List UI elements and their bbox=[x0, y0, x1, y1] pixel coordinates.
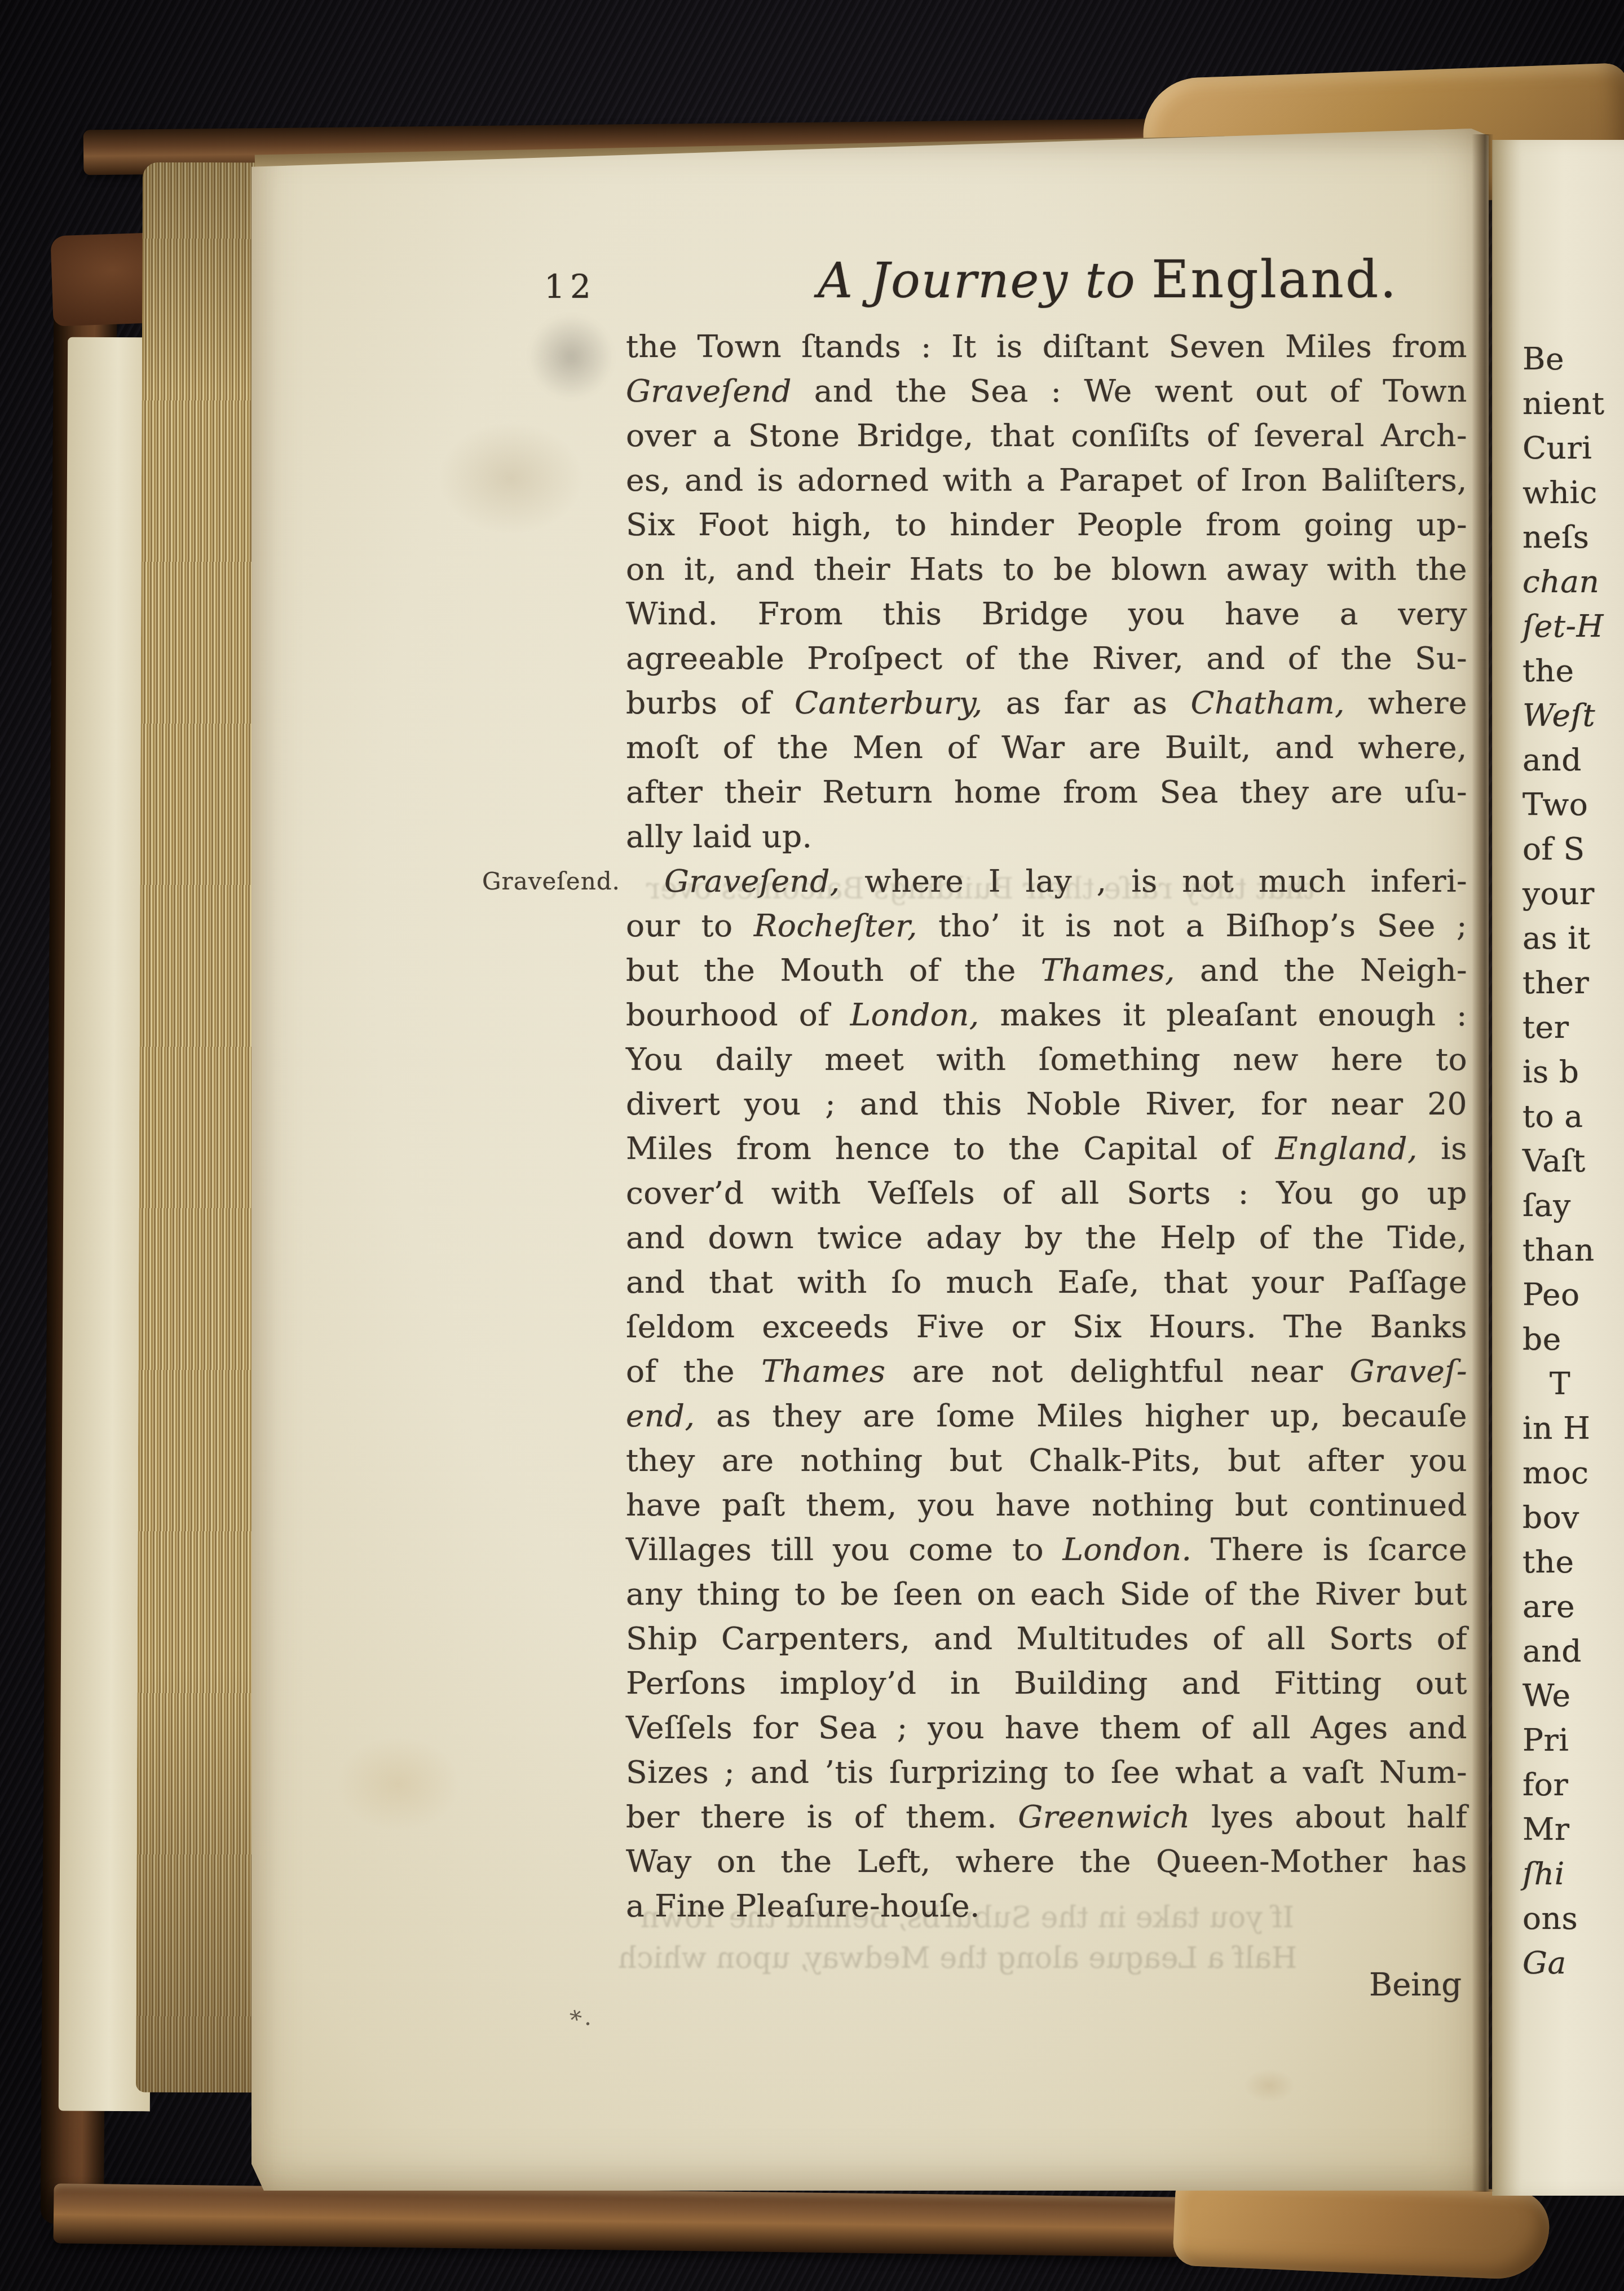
text-line: bourhoodofLondon,makesitpleaſantenough: bbox=[626, 993, 1467, 1037]
sliver-fragment: Two bbox=[1522, 782, 1605, 827]
text-line: cover’dwithVeſſelsofallSorts:Yougoup bbox=[626, 1171, 1467, 1215]
sliver-fragment: T bbox=[1522, 1362, 1605, 1406]
sliver-fragment: be bbox=[1522, 1317, 1605, 1362]
text-line: berthereisofthem.Greenwichlyesabouthalf bbox=[626, 1795, 1467, 1839]
running-header-italic: A Journey to bbox=[818, 253, 1136, 309]
sliver-fragment: Weſt bbox=[1522, 693, 1605, 738]
sliver-fragment: and bbox=[1522, 738, 1605, 782]
sliver-fragment: in H bbox=[1522, 1406, 1605, 1451]
sliver-fragment: We bbox=[1522, 1673, 1605, 1718]
text-line: moſtoftheMenofWarareBuilt,andwhere, bbox=[626, 725, 1467, 770]
sliver-fragment: Mr bbox=[1522, 1807, 1605, 1852]
ink-mark: *. bbox=[568, 2003, 593, 2034]
text-line: theTownſtands:ItisdiſtantSevenMilesfrom bbox=[626, 324, 1467, 369]
show-through-text: Half a League along the Medway, upon whi… bbox=[618, 1941, 1297, 1975]
text-line: oftheThamesarenotdelightfulnearGraveſ- bbox=[626, 1349, 1467, 1394]
text-line: GraveſendandtheSea:WewentoutofTown bbox=[626, 369, 1467, 413]
text-line: es,andisadornedwithaParapetofIronBaliſte… bbox=[626, 458, 1467, 503]
text-line: anddowntwiceadaybytheHelpoftheTide, bbox=[626, 1215, 1467, 1260]
text-line: onit,andtheirHatstobeblownawaywiththe bbox=[626, 547, 1467, 592]
page-stack-fore-edge bbox=[136, 162, 259, 2093]
text-line: SixFoothigh,tohinderPeoplefromgoingup- bbox=[626, 503, 1467, 547]
text-line: theyarenothingbutChalk-Pits,butafteryou bbox=[626, 1438, 1467, 1483]
sliver-fragment: than bbox=[1522, 1228, 1605, 1272]
sliver-fragment: ſay bbox=[1522, 1183, 1605, 1228]
sliver-fragment: ſet-H bbox=[1522, 604, 1605, 649]
paper-stain bbox=[1244, 2069, 1295, 2103]
text-line: VillagestillyoucometoLondon.Thereisſcarc… bbox=[626, 1527, 1467, 1572]
running-header: A Journey to England. bbox=[818, 246, 1348, 315]
text-line: andthatwithſomuchEaſe,thatyourPaſſage bbox=[626, 1260, 1467, 1305]
sliver-fragment: Ga bbox=[1522, 1941, 1605, 1985]
paper-stain bbox=[336, 1736, 460, 1832]
photograph-stage: BenientCuriwhicneſschanſet-HtheWeſtandTw… bbox=[0, 0, 1624, 2291]
text-line: divertyou;andthisNobleRiver,fornear20 bbox=[626, 1082, 1467, 1126]
text-line: MilesfromhencetotheCapitalofEngland,is bbox=[626, 1126, 1467, 1171]
catchword: Being bbox=[1369, 1963, 1462, 2007]
text-line: ourtoRocheſter,tho’itisnotaBiſhop’sSee; bbox=[626, 904, 1467, 948]
sliver-fragment: of S bbox=[1522, 827, 1605, 871]
sliver-fragment: ter bbox=[1522, 1005, 1605, 1050]
text-line: agreeableProſpectoftheRiver,andoftheSu- bbox=[626, 636, 1467, 681]
text-line: anythingtobeſeenoneachSideoftheRiverbut bbox=[626, 1572, 1467, 1616]
text-line: VeſſelsforSea;youhavethemofallAgesand bbox=[626, 1706, 1467, 1750]
sliver-fragment: for bbox=[1522, 1763, 1605, 1807]
sliver-fragment: Pri bbox=[1522, 1718, 1605, 1763]
sliver-fragment: neſs bbox=[1522, 515, 1605, 559]
sliver-fragment: bov bbox=[1522, 1495, 1605, 1540]
sliver-fragment: Peo bbox=[1522, 1272, 1605, 1317]
sliver-fragment: to a bbox=[1522, 1094, 1605, 1139]
sliver-fragment: your bbox=[1522, 871, 1605, 916]
body-text: theTownſtands:ItisdiſtantSevenMilesfromG… bbox=[626, 324, 1467, 1928]
sliver-fragment: ther bbox=[1522, 961, 1605, 1005]
paper-stain bbox=[438, 422, 584, 535]
running-header-roman: England. bbox=[1151, 250, 1398, 310]
text-line: Sizes;and’tisſurprizingtoſeewhatavaſtNum… bbox=[626, 1750, 1467, 1795]
margin-note: Graveſend. bbox=[482, 859, 623, 904]
sliver-fragment: nient bbox=[1522, 381, 1605, 426]
ink-smudge bbox=[529, 315, 614, 399]
text-line: ally laid up. bbox=[626, 814, 1467, 859]
text-line: overaStoneBridge,thatconſiſtsofſeveralAr… bbox=[626, 413, 1467, 458]
sliver-fragment: Vaſt bbox=[1522, 1139, 1605, 1183]
sliver-fragment: as it bbox=[1522, 916, 1605, 961]
text-line: burbsofCanterbury,asfarasChatham,where bbox=[626, 681, 1467, 725]
next-page-sliver: BenientCuriwhicneſschanſet-HtheWeſtandTw… bbox=[1492, 140, 1624, 2196]
sliver-fragment: the bbox=[1522, 1540, 1605, 1584]
sliver-fragment: chan bbox=[1522, 559, 1605, 604]
text-line: end,astheyareſomeMileshigherup,becauſe bbox=[626, 1394, 1467, 1438]
text-line: ſeldomexceedsFiveorSixHours.TheBanks bbox=[626, 1305, 1467, 1349]
sliver-fragment: whic bbox=[1522, 470, 1605, 515]
text-line: havepaſtthem,youhavenothingbutcontinued bbox=[626, 1483, 1467, 1527]
text-line: Graveſend,whereIlay,isnotmuchinferi- bbox=[626, 859, 1467, 904]
sliver-fragment: Be bbox=[1522, 337, 1605, 381]
sliver-fragment: ſhi bbox=[1522, 1852, 1605, 1896]
text-line: ShipCarpenters,andMultitudesofallSortsof bbox=[626, 1616, 1467, 1661]
text-line: Youdailymeetwithſomethingnewhereto bbox=[626, 1037, 1467, 1082]
sliver-fragment-list: BenientCuriwhicneſschanſet-HtheWeſtandTw… bbox=[1522, 337, 1605, 1985]
gutter-crease-shadow bbox=[1472, 134, 1493, 2192]
sliver-fragment: the bbox=[1522, 649, 1605, 693]
text-line: Wind.FromthisBridgeyouhaveavery bbox=[626, 592, 1467, 636]
text-line: aftertheirReturnhomefromSeatheyareuſu- bbox=[626, 770, 1467, 814]
book-cover-bottom-edge bbox=[53, 2183, 1232, 2258]
sliver-fragment: and bbox=[1522, 1629, 1605, 1673]
text-line: buttheMouthoftheThames,andtheNeigh- bbox=[626, 948, 1467, 993]
text-line: WayontheLeft,wheretheQueen-Motherhas bbox=[626, 1839, 1467, 1884]
sliver-fragment: is b bbox=[1522, 1050, 1605, 1094]
text-line: a Fine Pleaſure-houſe. bbox=[626, 1884, 1467, 1928]
sliver-fragment: are bbox=[1522, 1584, 1605, 1629]
page-number: 12 bbox=[544, 267, 596, 306]
text-line: Perſonsimploy’dinBuildingandFittingout bbox=[626, 1661, 1467, 1706]
sliver-fragment: moc bbox=[1522, 1451, 1605, 1495]
book-page: 12 A Journey to England. that they raiſe… bbox=[251, 129, 1489, 2191]
sliver-fragment: ons bbox=[1522, 1896, 1605, 1941]
sliver-fragment: Curi bbox=[1522, 426, 1605, 470]
